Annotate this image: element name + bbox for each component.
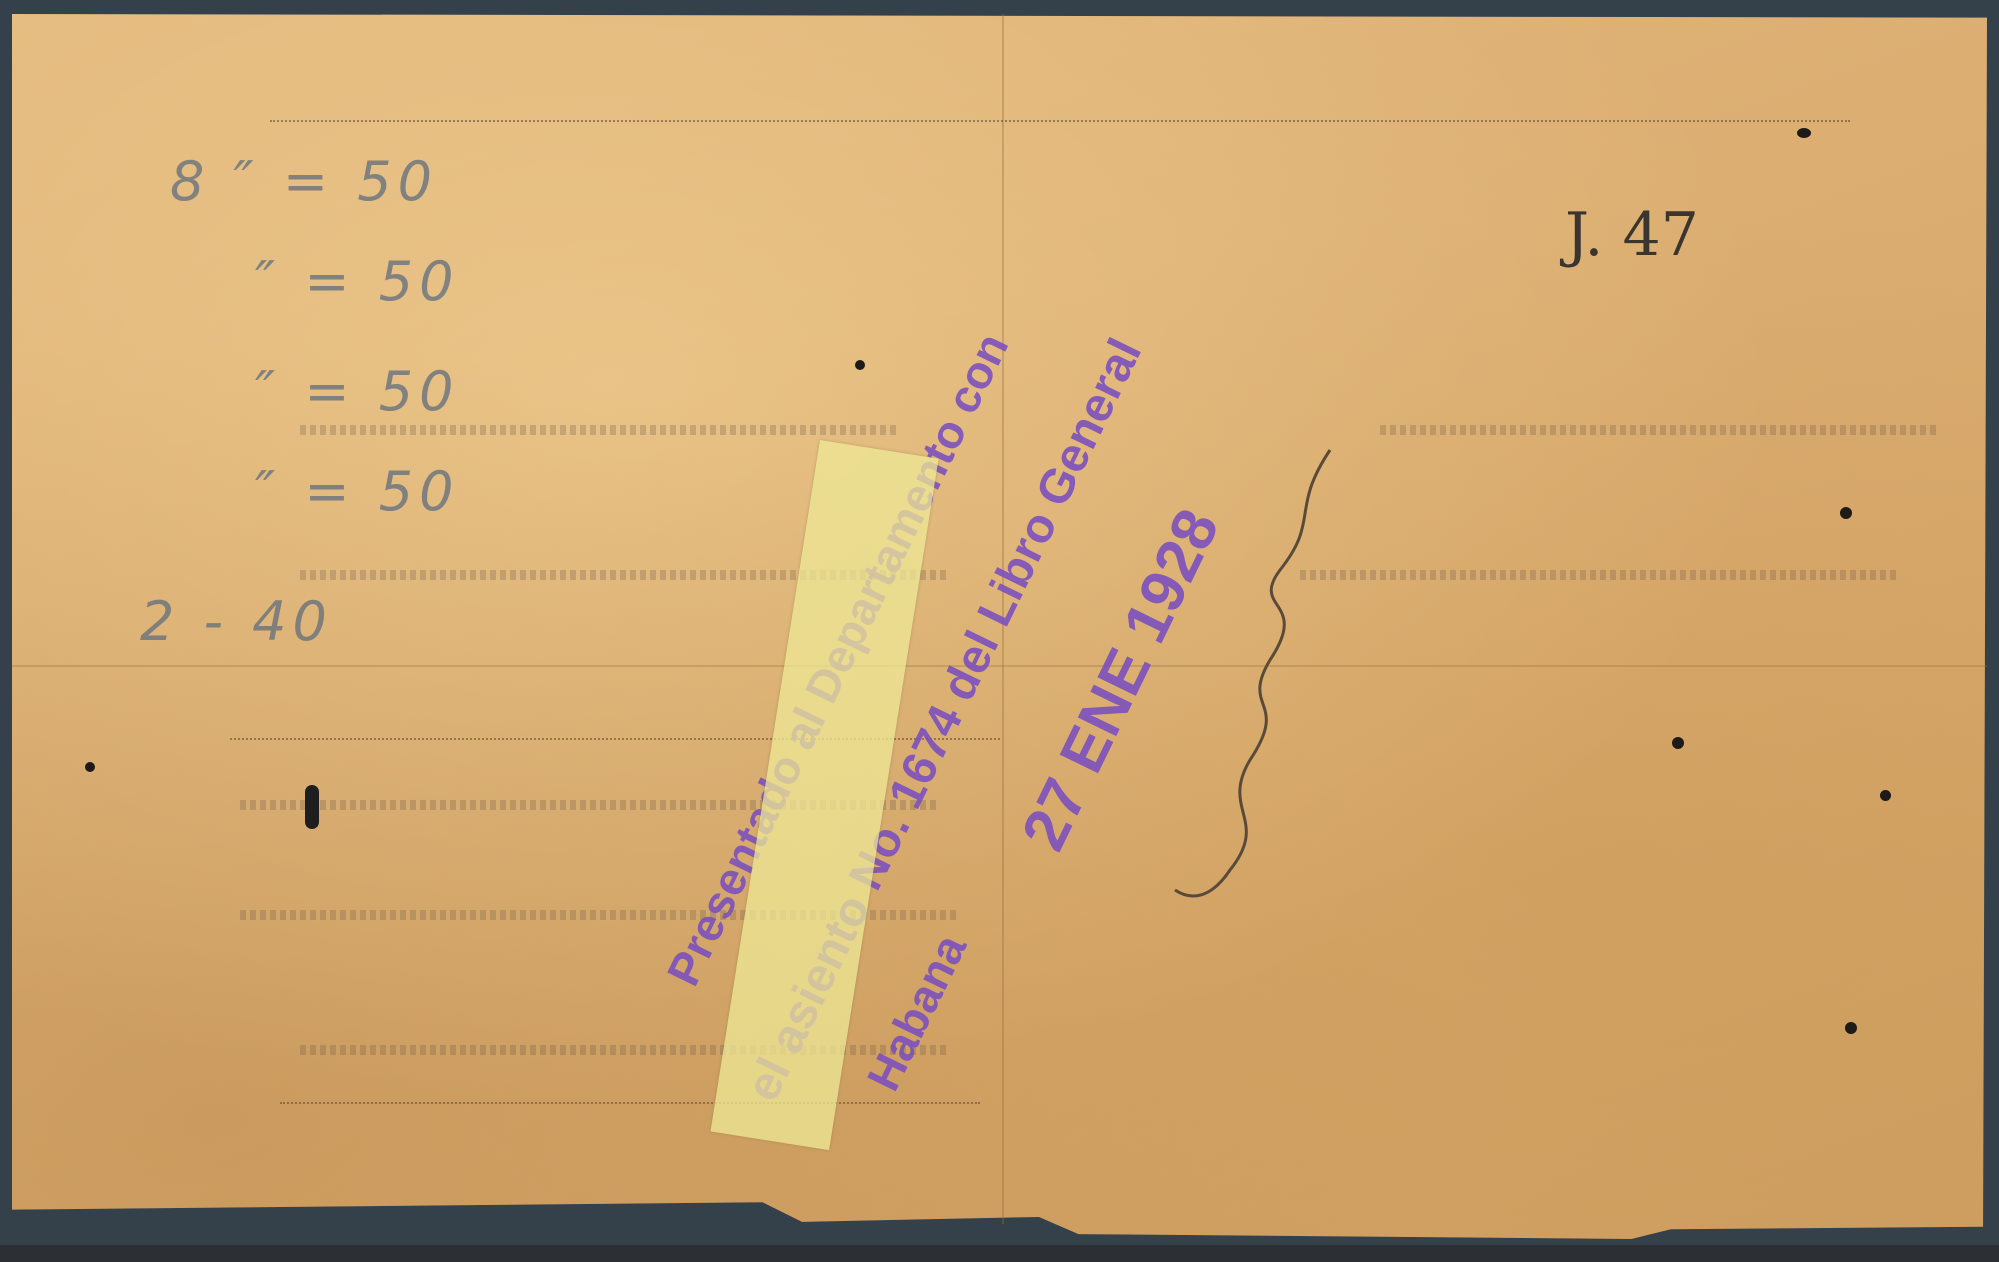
- print-line: [270, 120, 1850, 122]
- ink-spot: [1880, 790, 1891, 801]
- faint-print-row: [300, 1045, 950, 1055]
- ink-spot: [1797, 128, 1811, 138]
- punch-hole: [305, 785, 319, 829]
- faint-print-row: [1380, 425, 1940, 435]
- pencil-note: 2 - 40: [140, 590, 333, 653]
- ink-spot: [1672, 737, 1684, 749]
- pencil-note: ″ = 50: [255, 250, 459, 313]
- pencil-note: 8 ″ = 50: [170, 150, 438, 213]
- ink-spot: [855, 360, 865, 370]
- ink-spot: [1845, 1022, 1857, 1034]
- signature: [1170, 430, 1370, 930]
- faint-print-row: [1300, 570, 1900, 580]
- ink-spot: [1840, 507, 1852, 519]
- ink-spot: [85, 762, 95, 772]
- print-line: [280, 1102, 980, 1104]
- pencil-note: ″ = 50: [255, 360, 459, 423]
- faint-print-row: [300, 425, 900, 435]
- ink-mark: J. 47: [1565, 200, 1699, 270]
- pencil-note: ″ = 50: [255, 460, 459, 523]
